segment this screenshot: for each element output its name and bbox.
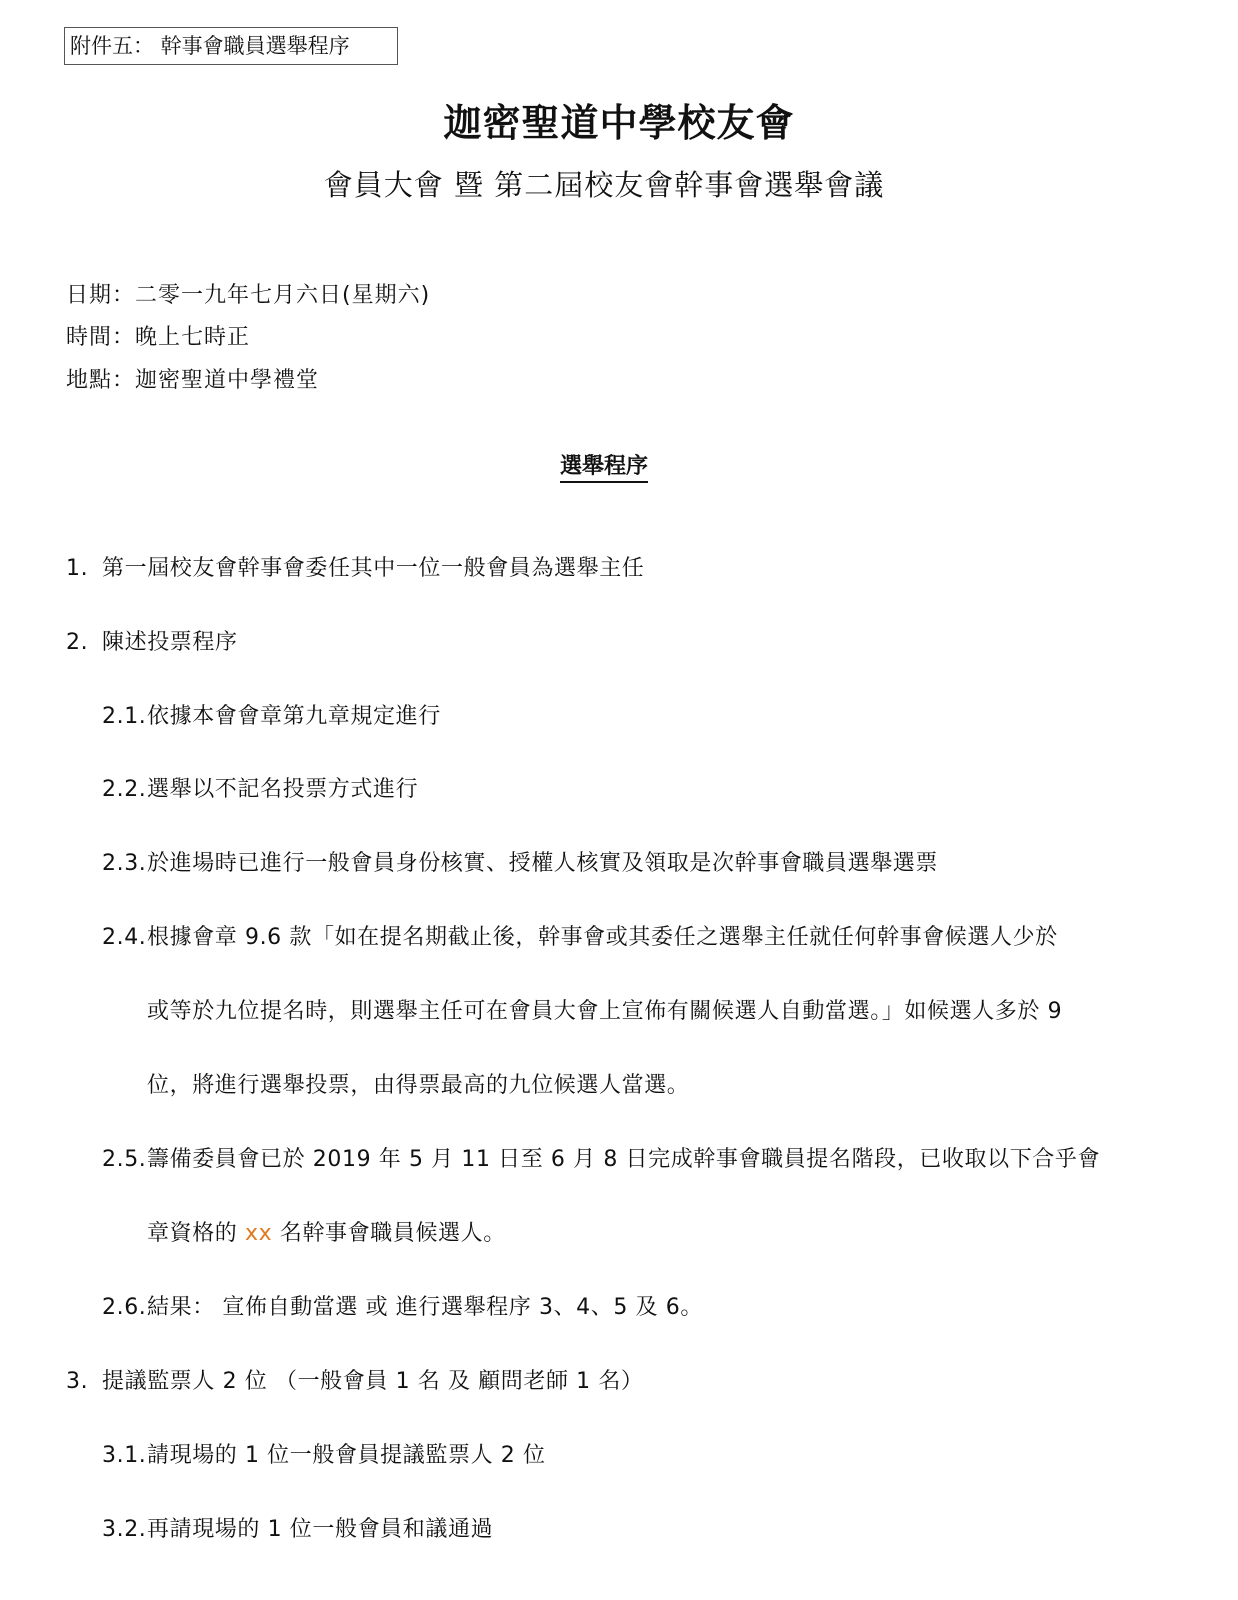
item-number: 2.4. xyxy=(102,925,147,950)
list-item-1: 1.第一屆校友會幹事會委任其中一位一般會員為選舉主任 xyxy=(66,551,644,582)
annex-label: 附件五： 幹事會職員選舉程序 xyxy=(64,27,398,65)
item-text: 根據會章 9.6 款「如在提名期截止後，幹事會或其委任之選舉主任就任何幹事會候選… xyxy=(147,925,1058,950)
item-text: 請現場的 1 位一般會員提議監票人 2 位 xyxy=(147,1443,546,1468)
item-number: 3.1. xyxy=(102,1443,147,1468)
meeting-time: 時間：晚上七時正 xyxy=(66,320,250,351)
item-text: 提議監票人 2 位 （一般會員 1 名 及 顧問老師 1 名） xyxy=(102,1369,644,1394)
item-number: 2.1. xyxy=(102,704,147,729)
list-item-2-4-line2: 或等於九位提名時，則選舉主任可在會員大會上宣佈有關候選人自動當選。」如候選人多於… xyxy=(147,994,1062,1025)
list-item-2-5-line2: 章資格的 xx 名幹事會職員候選人。 xyxy=(147,1216,506,1247)
list-item-3-1: 3.1.請現場的 1 位一般會員提議監票人 2 位 xyxy=(102,1438,546,1469)
item-number: 3.2. xyxy=(102,1517,147,1542)
list-item-2-1: 2.1.依據本會會章第九章規定進行 xyxy=(102,699,441,730)
list-item-2-6: 2.6.結果： 宣佈自動當選 或 進行選舉程序 3、4、5 及 6。 xyxy=(102,1290,703,1321)
meeting-date: 日期：二零一九年七月六日(星期六) xyxy=(66,278,430,309)
item-text: 陳述投票程序 xyxy=(102,630,238,655)
item-text: 章資格的 xyxy=(147,1221,245,1246)
list-item-3-2: 3.2.再請現場的 1 位一般會員和議通過 xyxy=(102,1512,493,1543)
item-number: 2.2. xyxy=(102,777,147,802)
item-text: 再請現場的 1 位一般會員和議通過 xyxy=(147,1517,493,1542)
list-item-2: 2.陳述投票程序 xyxy=(66,625,238,656)
list-item-2-5: 2.5.籌備委員會已於 2019 年 5 月 11 日至 6 月 8 日完成幹事… xyxy=(102,1142,1100,1173)
list-item-3: 3.提議監票人 2 位 （一般會員 1 名 及 顧問老師 1 名） xyxy=(66,1364,644,1395)
item-text: 於進場時已進行一般會員身份核實、授權人核實及領取是次幹事會職員選舉選票 xyxy=(147,851,938,876)
list-item-2-4: 2.4.根據會章 9.6 款「如在提名期截止後，幹事會或其委任之選舉主任就任何幹… xyxy=(102,920,1058,951)
meeting-venue: 地點：迦密聖道中學禮堂 xyxy=(66,363,319,394)
item-text: 依據本會會章第九章規定進行 xyxy=(147,704,441,729)
item-text: 第一屆校友會幹事會委任其中一位一般會員為選舉主任 xyxy=(102,556,644,581)
document-title: 迦密聖道中學校友會 xyxy=(0,92,1238,147)
item-number: 1. xyxy=(66,556,102,581)
document-subtitle: 會員大會 暨 第二屆校友會幹事會選舉會議 xyxy=(0,163,1208,204)
item-number: 2.6. xyxy=(102,1295,147,1320)
item-text: 結果： 宣佈自動當選 或 進行選舉程序 3、4、5 及 6。 xyxy=(147,1295,703,1320)
list-item-2-4-line3: 位，將進行選舉投票，由得票最高的九位候選人當選。 xyxy=(147,1068,689,1099)
item-number: 2. xyxy=(66,630,102,655)
list-item-2-2: 2.2.選舉以不記名投票方式進行 xyxy=(102,772,418,803)
item-number: 2.5. xyxy=(102,1147,147,1172)
item-text: 選舉以不記名投票方式進行 xyxy=(147,777,418,802)
section-heading: 選舉程序 xyxy=(0,449,1208,480)
item-text: 名幹事會職員候選人。 xyxy=(272,1221,506,1246)
item-number: 3. xyxy=(66,1369,102,1394)
list-item-2-3: 2.3.於進場時已進行一般會員身份核實、授權人核實及領取是次幹事會職員選舉選票 xyxy=(102,846,938,877)
item-text: 籌備委員會已於 2019 年 5 月 11 日至 6 月 8 日完成幹事會職員提… xyxy=(147,1147,1100,1172)
section-heading-text: 選舉程序 xyxy=(560,454,648,483)
item-number: 2.3. xyxy=(102,851,147,876)
candidate-count-placeholder: xx xyxy=(245,1221,272,1246)
